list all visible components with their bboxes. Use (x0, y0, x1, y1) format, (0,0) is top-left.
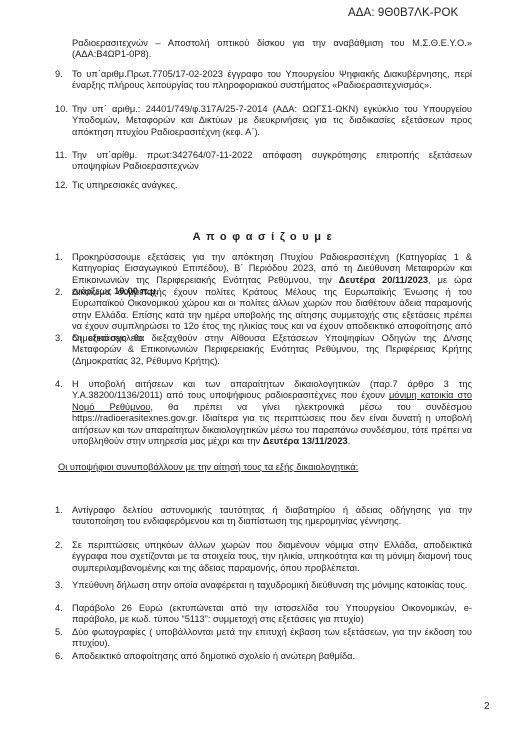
document-item-3: 3. Υπεύθυνη δήλωση στην οποία αναφέρεται… (72, 580, 472, 591)
item-number: 1. (55, 252, 63, 263)
item-text: . (348, 436, 351, 446)
item-number: 10. (55, 104, 68, 115)
item-number: 4. (55, 379, 63, 390)
ada-code: ΑΔΑ: 9Θ0Β7ΛΚ-ΡΟΚ (348, 7, 458, 19)
page-number: 2 (484, 701, 490, 712)
item-number: 9. (55, 69, 63, 80)
deadline-date: Δευτέρα 13/11/2023 (263, 436, 348, 446)
item-number: 6. (55, 651, 63, 662)
decision-item-4: 4. Η υποβολή αιτήσεων και των απαραίτητω… (72, 379, 472, 447)
item-text: Το υπ΄αριθμ.Πρωτ.7705/17-02-2023 έγγραφο… (72, 69, 472, 90)
document-item-4: 4. Παράβολο 26 Ευρώ (εκτυπώνεται από την… (72, 603, 472, 626)
application-link[interactable]: https://radioerasitexnes.gov.gr (72, 413, 195, 423)
item-text: , θα πρέπει να γίνει ηλεκτρονικά μέσω το… (150, 402, 472, 412)
documents-heading: Οι υποψήφιοι συνυποβάλλουν με την αίτησή… (58, 462, 358, 472)
preamble-item-10: 10. Την υπ΄ αριθμ.: 24401/749/φ.317Α/25-… (72, 104, 472, 138)
item-number: 2. (55, 287, 63, 298)
item-text: Υπεύθυνη δήλωση στην οποία αναφέρεται η … (72, 580, 467, 590)
document-item-6: 6. Αποδεικτικό αποφοίτησης από δημοτικό … (72, 651, 472, 662)
item-text: Την υπ΄ αριθμ.: 24401/749/φ.317Α/25-7-20… (72, 104, 472, 137)
item-number: 11. (55, 150, 67, 161)
item-number: 4. (55, 603, 63, 614)
item-text: Την υπ΄αρίθμ. πρωτ:342764/07-11-2022 από… (72, 150, 472, 171)
document-item-1: 1. Αντίγραφο δελτίου αστυνομικής ταυτότη… (72, 505, 472, 528)
item-text: Αποδεικτικό αποφοίτησης από δημοτικό σχο… (72, 651, 355, 661)
item-number: 1. (55, 505, 63, 516)
preamble-item-12: 12. Τις υπηρεσιακές ανάγκες. (72, 180, 472, 191)
item-number: 12. (55, 180, 68, 191)
exam-date: Δευτέρα 20/11/2023 (339, 275, 428, 285)
preamble-item-9: 9. Το υπ΄αριθμ.Πρωτ.7705/17-02-2023 έγγρ… (72, 69, 472, 92)
item-text: Παράβολο 26 Ευρώ (εκτυπώνεται από την ισ… (72, 603, 472, 624)
item-text: Τις υπηρεσιακές ανάγκες. (72, 180, 178, 190)
item-number: 2. (55, 540, 63, 551)
decision-item-3: 3. Οι εξετάσεις θα διεξαχθούν στην Αίθου… (72, 333, 472, 367)
item-number: 5. (55, 627, 63, 638)
item-text: Σε περιπτώσεις υπηκόων άλλων χωρών που δ… (72, 540, 472, 573)
item-text: Οι εξετάσεις θα διεξαχθούν στην Αίθουσα … (72, 333, 472, 366)
document-item-2: 2. Σε περιπτώσεις υπηκόων άλλων χωρών πο… (72, 540, 472, 574)
item-number: 3. (55, 333, 63, 344)
document-item-5: 5. Δύο φωτογραφίες ( υποβάλλονται μετά τ… (72, 627, 472, 650)
preamble-item-11: 11. Την υπ΄αρίθμ. πρωτ:342764/07-11-2022… (72, 150, 472, 173)
decision-heading: Αποφασίζουμε (0, 231, 530, 243)
item-text: Δύο φωτογραφίες ( υποβάλλονται μετά την … (72, 627, 472, 648)
item-text: Αντίγραφο δελτίου αστυνομικής ταυτότητας… (72, 505, 472, 526)
preamble-continuation: Ραδιοερασιτεχνών – Αποστολή οπτικού δίσκ… (72, 38, 472, 61)
item-number: 3. (55, 580, 63, 591)
